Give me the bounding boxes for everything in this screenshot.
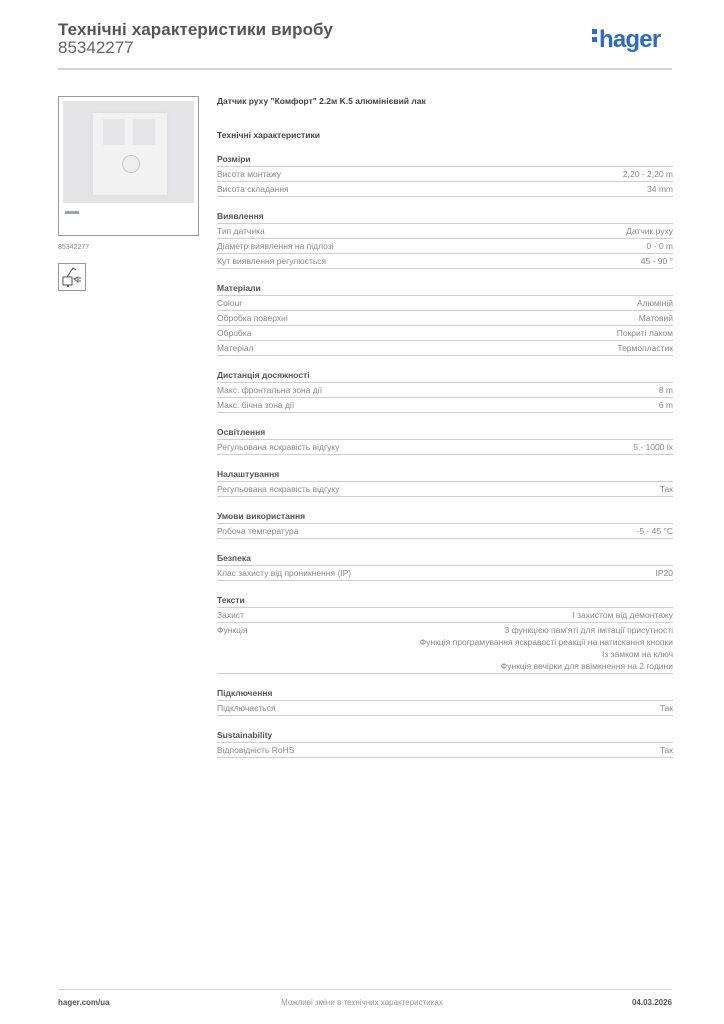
sidebar-reference: 85342277 bbox=[58, 244, 89, 251]
spec-label: Підключається bbox=[217, 702, 276, 714]
motion-sensor-icon bbox=[93, 113, 167, 195]
product-image-frame bbox=[58, 96, 199, 236]
product-title: Датчик руху "Комфорт" 2.2м K.5 алюмінієв… bbox=[217, 96, 673, 108]
spec-label: Захист bbox=[217, 609, 244, 621]
spec-value: 0 - 0 m bbox=[647, 240, 673, 252]
spec-label: Макс. бічна зона дії bbox=[217, 399, 294, 411]
spec-group: ОсвітленняРегульована яскравість відгуку… bbox=[217, 427, 673, 455]
spec-value-line: 5 - 1000 lx bbox=[633, 441, 673, 453]
spec-row: Тип датчикаДатчик руху bbox=[217, 224, 673, 239]
spec-value: Матовий bbox=[639, 312, 673, 324]
spec-value: І захистом від демонтажу bbox=[572, 609, 673, 621]
spec-label: Висота складання bbox=[217, 183, 289, 195]
spec-label: Матеріал bbox=[217, 342, 254, 354]
section-heading: Технічні характеристики bbox=[217, 130, 673, 142]
spec-value: Так bbox=[660, 702, 673, 714]
spec-group-title: Безпека bbox=[217, 553, 673, 566]
spec-value-line: 8 m bbox=[659, 384, 673, 396]
spec-row: ПідключаєтьсяТак bbox=[217, 701, 673, 716]
spec-group: Умови використанняРобоча температура-5 -… bbox=[217, 511, 673, 539]
spec-value: З функцією пам'яті для імітації присутно… bbox=[420, 624, 673, 672]
spec-row: ОбробкаПокриті лаком bbox=[217, 326, 673, 341]
spec-row: ФункціяЗ функцією пам'яті для імітації п… bbox=[217, 623, 673, 674]
spec-label: Діаметр виявлення на підлозі bbox=[217, 240, 334, 252]
footer-disclaimer: Можливі зміни в технічних характеристика… bbox=[0, 998, 724, 1007]
spec-label: Робоча температура bbox=[217, 525, 299, 537]
spec-label: Макс. фронтальна зона дії bbox=[217, 384, 322, 396]
spec-value-line: -5 - 45 °C bbox=[637, 525, 673, 537]
spec-value: 2,20 - 2,20 m bbox=[623, 168, 673, 180]
spec-row: Регульована яскравість відгуку5 - 1000 l… bbox=[217, 440, 673, 455]
spec-label: Регульована яскравість відгуку bbox=[217, 441, 339, 453]
spec-value: -5 - 45 °C bbox=[637, 525, 673, 537]
spec-row: Макс. бічна зона дії6 m bbox=[217, 398, 673, 413]
spec-group: НалаштуванняРегульована яскравість відгу… bbox=[217, 469, 673, 497]
spec-value-line: Покриті лаком bbox=[617, 327, 673, 339]
spec-value-line: Із замком на ключ bbox=[420, 648, 673, 660]
spec-value: 34 mm bbox=[647, 183, 673, 195]
spec-value: Термопластик bbox=[617, 342, 673, 354]
hager-logo: hager bbox=[592, 26, 660, 54]
spec-value: 6 m bbox=[659, 399, 673, 411]
spec-value-line: 0 - 0 m bbox=[647, 240, 673, 252]
spec-group: ВиявленняТип датчикаДатчик рухуДіаметр в… bbox=[217, 211, 673, 269]
spec-value-line: Датчик руху bbox=[626, 225, 673, 237]
spec-value-line: Так bbox=[660, 702, 673, 714]
spec-label: Кут виявлення регулюється bbox=[217, 255, 326, 267]
footer-divider bbox=[58, 989, 672, 990]
spec-group-title: Sustainability bbox=[217, 730, 673, 743]
spec-value: 5 - 1000 lx bbox=[633, 441, 673, 453]
spec-value-line: Функція вечірки для ввімкнення на 2 годи… bbox=[420, 660, 673, 672]
spec-value-line: І захистом від демонтажу bbox=[572, 609, 673, 621]
spec-row: ColourАлюміній bbox=[217, 296, 673, 311]
spec-group-title: Налаштування bbox=[217, 469, 673, 482]
spec-value: IP20 bbox=[656, 567, 674, 579]
spec-label: Обробка поверхні bbox=[217, 312, 288, 324]
spec-label: Colour bbox=[217, 297, 242, 309]
page-title: Технічні характеристики виробу bbox=[58, 20, 333, 40]
spec-row: Клас захисту від проникнення (IP)IP20 bbox=[217, 566, 673, 581]
spec-value-line: IP20 bbox=[656, 567, 674, 579]
spec-group: SustainabilityВідповідність RoHSТак bbox=[217, 730, 673, 758]
spec-value-line: Так bbox=[660, 483, 673, 495]
spec-row: Кут виявлення регулюється45 - 90 ° bbox=[217, 254, 673, 269]
spec-value: Алюміній bbox=[637, 297, 673, 309]
spec-group-title: Умови використання bbox=[217, 511, 673, 524]
spec-value: Датчик руху bbox=[626, 225, 673, 237]
spec-group: ТекстиЗахистІ захистом від демонтажуФунк… bbox=[217, 595, 673, 674]
spec-group-title: Тексти bbox=[217, 595, 673, 608]
spec-row: Регульована яскравість відгукуТак bbox=[217, 482, 673, 497]
spec-groups: РозміриВисота монтажу2,20 - 2,20 mВисота… bbox=[217, 154, 673, 758]
spec-value-line: 34 mm bbox=[647, 183, 673, 195]
spec-row: Висота монтажу2,20 - 2,20 m bbox=[217, 167, 673, 182]
spec-value: Покриті лаком bbox=[617, 327, 673, 339]
spec-group: РозміриВисота монтажу2,20 - 2,20 mВисота… bbox=[217, 154, 673, 197]
spec-value-line: 2,20 - 2,20 m bbox=[623, 168, 673, 180]
spec-content: Датчик руху "Комфорт" 2.2м K.5 алюмінієв… bbox=[217, 96, 673, 758]
spec-group: Дистанція досяжностіМакс. фронтальна зон… bbox=[217, 370, 673, 413]
spec-group-title: Матеріали bbox=[217, 283, 673, 296]
spec-value-line: Матовий bbox=[639, 312, 673, 324]
spec-value-line: Термопластик bbox=[617, 342, 673, 354]
spec-label: Відповідність RoHS bbox=[217, 744, 294, 756]
spec-group-title: Розміри bbox=[217, 154, 673, 167]
logo-colon-icon bbox=[592, 26, 597, 45]
spec-value-line: Так bbox=[660, 744, 673, 756]
spec-row: МатеріалТермопластик bbox=[217, 341, 673, 356]
spec-value-line: 45 - 90 ° bbox=[641, 255, 673, 267]
spec-value-line: З функцією пам'яті для імітації присутно… bbox=[420, 624, 673, 636]
spec-value: 45 - 90 ° bbox=[641, 255, 673, 267]
spec-row: ЗахистІ захистом від демонтажу bbox=[217, 608, 673, 623]
spec-row: Макс. фронтальна зона дії8 m bbox=[217, 383, 673, 398]
spec-row: Висота складання34 mm bbox=[217, 182, 673, 197]
spec-label: Функція bbox=[217, 624, 248, 636]
spec-row: Відповідність RoHSТак bbox=[217, 743, 673, 758]
spec-value: Так bbox=[660, 483, 673, 495]
spec-label: Обробка bbox=[217, 327, 251, 339]
spec-label: Клас захисту від проникнення (IP) bbox=[217, 567, 351, 579]
spec-value: 8 m bbox=[659, 384, 673, 396]
spec-group: БезпекаКлас захисту від проникнення (IP)… bbox=[217, 553, 673, 581]
spec-row: Діаметр виявлення на підлозі0 - 0 m bbox=[217, 239, 673, 254]
header-divider bbox=[58, 68, 672, 70]
spec-group-title: Підключення bbox=[217, 688, 673, 701]
spec-value-line: Алюміній bbox=[637, 297, 673, 309]
spec-label: Тип датчика bbox=[217, 225, 265, 237]
footer-date: 04.03.2026 bbox=[632, 998, 672, 1007]
spec-value: Так bbox=[660, 744, 673, 756]
spec-row: Обробка поверхніМатовий bbox=[217, 311, 673, 326]
spec-label: Висота монтажу bbox=[217, 168, 281, 180]
spec-group-title: Освітлення bbox=[217, 427, 673, 440]
spec-value-line: 6 m bbox=[659, 399, 673, 411]
spec-group-title: Виявлення bbox=[217, 211, 673, 224]
product-reference: 85342277 bbox=[58, 38, 134, 58]
image-caption-mark bbox=[65, 211, 79, 214]
spec-group: ПідключенняПідключаєтьсяТак bbox=[217, 688, 673, 716]
spec-group-title: Дистанція досяжності bbox=[217, 370, 673, 383]
spec-label: Регульована яскравість відгуку bbox=[217, 483, 339, 495]
spec-row: Робоча температура-5 - 45 °C bbox=[217, 524, 673, 539]
product-image bbox=[63, 101, 194, 203]
spec-group: МатеріалиColourАлюмінійОбробка поверхніМ… bbox=[217, 283, 673, 356]
spec-value-line: Функція програмування яскравості реакції… bbox=[420, 636, 673, 648]
surface-mount-icon bbox=[58, 263, 86, 291]
